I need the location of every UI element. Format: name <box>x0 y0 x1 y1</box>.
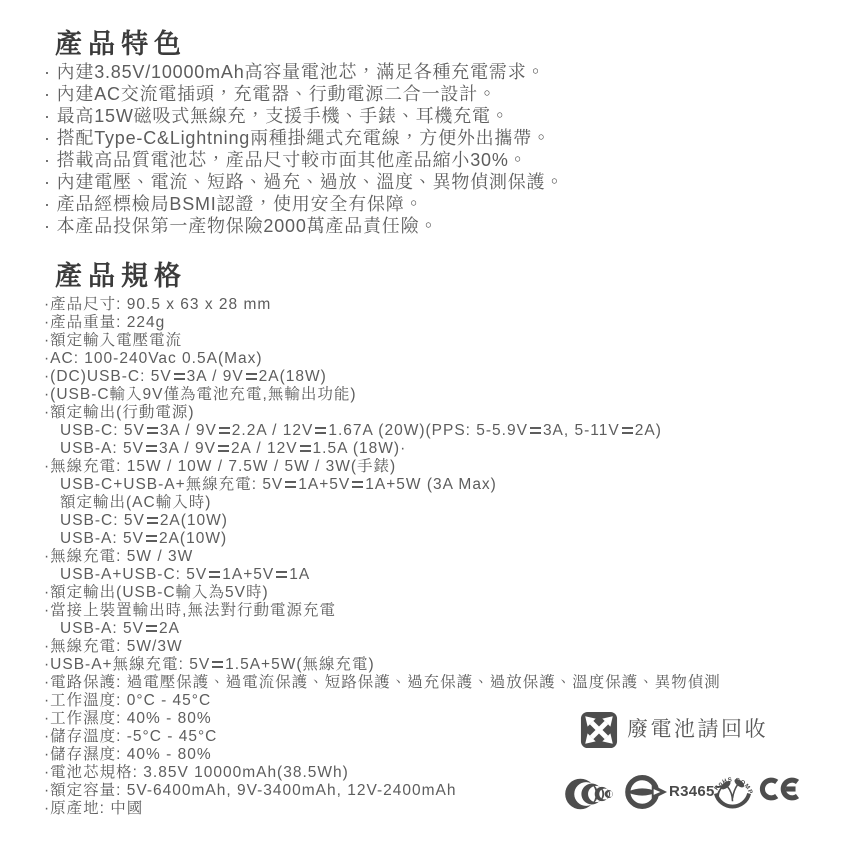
feature-item: · 本產品投保第一產物保險2000萬產品責任險。 <box>44 215 804 237</box>
feature-item: · 內建電壓、電流、短路、過充、過放、溫度、異物偵測保護。 <box>44 171 804 193</box>
dc-symbol <box>173 372 186 381</box>
spec-item: ·(DC)USB-C: 5V3A / 9V2A(18W) <box>44 368 834 386</box>
rohs-icon: RoHS COMPLIANT <box>711 771 754 814</box>
spec-item: ·工作溫度: 0°C - 45°C <box>44 692 834 710</box>
features-list: · 內建3.85V/10000mAh高容量電池芯，滿足各種充電需求。· 內建AC… <box>44 61 804 237</box>
spec-item: USB-A: 5V3A / 9V2A / 12V1.5A (18W)· <box>44 440 834 458</box>
product-spec-sheet: 產品特色 · 內建3.85V/10000mAh高容量電池芯，滿足各種充電需求。·… <box>0 0 850 850</box>
battery-recycling-icon <box>580 711 618 749</box>
spec-item: ·額定輸入電壓電流 <box>44 332 834 350</box>
spec-item: ·無線充電: 5W / 3W <box>44 548 834 566</box>
spec-item: ·USB-A+無線充電: 5V1.5A+5W(無線充電) <box>44 656 834 674</box>
spec-item: ·無線充電: 15W / 10W / 7.5W / 5W / 3W(手錶) <box>44 458 834 476</box>
battery-recycle-mark: 廢電池請回收 <box>580 711 768 749</box>
dc-symbol <box>351 480 364 489</box>
dc-symbol <box>145 534 158 543</box>
feature-item: · 內建AC交流電插頭，充電器、行動電源二合一設計。 <box>44 83 804 105</box>
specs-heading: 產品規格 <box>55 260 187 292</box>
spec-item: USB-C: 5V2A(10W) <box>44 512 834 530</box>
dc-symbol <box>314 426 327 435</box>
spec-item: ·AC: 100-240Vac 0.5A(Max) <box>44 350 834 368</box>
dc-symbol <box>299 444 312 453</box>
dc-symbol <box>146 516 159 525</box>
spec-item: 額定輸出(AC輸入時) <box>44 494 834 512</box>
rohs-ring-text: RoHS COMPLIANT <box>711 771 753 795</box>
dc-symbol <box>145 624 158 633</box>
svg-text:RoHS COMPLIANT: RoHS COMPLIANT <box>711 771 753 795</box>
spec-item: ·產品重量: 224g <box>44 314 834 332</box>
feature-item: · 內建3.85V/10000mAh高容量電池芯，滿足各種充電需求。 <box>44 61 804 83</box>
dc-symbol <box>211 660 224 669</box>
dc-symbol <box>284 480 297 489</box>
feature-item: · 搭載高品質電池芯，產品尺寸較市面其他產品縮小30%。 <box>44 149 804 171</box>
features-heading: 產品特色 <box>55 28 187 60</box>
battery-recycle-label: 廢電池請回收 <box>627 711 768 749</box>
dc-symbol <box>275 570 288 579</box>
spec-item: USB-A+USB-C: 5V1A+5V1A <box>44 566 834 584</box>
spec-item: USB-A: 5V2A(10W) <box>44 530 834 548</box>
spec-item: ·(USB-C輸入9V僅為電池充電,無輸出功能) <box>44 386 834 404</box>
dc-symbol <box>529 426 542 435</box>
ncc-icon <box>565 774 613 814</box>
dc-symbol <box>218 426 231 435</box>
spec-item: ·額定輸出(行動電源) <box>44 404 834 422</box>
spec-item: USB-C+USB-A+無線充電: 5V1A+5V1A+5W (3A Max) <box>44 476 834 494</box>
spec-item: ·產品尺寸: 90.5 x 63 x 28 mm <box>44 296 834 314</box>
dc-symbol <box>145 444 158 453</box>
dc-symbol <box>621 426 634 435</box>
feature-item: · 搭配Type-C&Lightning兩種掛繩式充電線，方便外出攜帶。 <box>44 127 804 149</box>
spec-item: ·當接上裝置輸出時,無法對行動電源充電 <box>44 602 834 620</box>
ce-icon <box>759 777 803 801</box>
dc-symbol <box>146 426 159 435</box>
dc-symbol <box>217 444 230 453</box>
spec-item: USB-A: 5V2A <box>44 620 834 638</box>
spec-item: ·電路保護: 過電壓保護、過電流保護、短路保護、過充保護、過放保護、溫度保護、異… <box>44 674 834 692</box>
bsmi-icon <box>624 772 668 812</box>
feature-item: · 最高15W磁吸式無線充，支援手機、手錶、耳機充電。 <box>44 105 804 127</box>
feature-item: · 產品經標檢局BSMI認證，使用安全有保障。 <box>44 193 804 215</box>
dc-symbol <box>245 372 258 381</box>
spec-item: ·無線充電: 5W/3W <box>44 638 834 656</box>
certification-marks: R34657 RoHS COMPLIANT <box>565 771 815 815</box>
spec-item: ·額定輸出(USB-C輸入為5V時) <box>44 584 834 602</box>
spec-item: USB-C: 5V3A / 9V2.2A / 12V1.67A (20W)(PP… <box>44 422 834 440</box>
dc-symbol <box>208 570 221 579</box>
